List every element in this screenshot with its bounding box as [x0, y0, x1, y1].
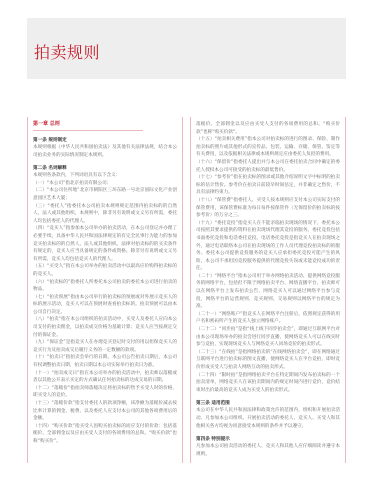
- article-paragraph: （二十四）“限时拍”是指网络拍卖平台在特定期间内发布拍卖标的一个拍卖清单，网络竞…: [196, 372, 340, 395]
- article-paragraph: （一）“本公司”指北京拍卖有限公司；: [33, 180, 177, 188]
- article-paragraph: （十九）“委托竞投”指竞买人在不能亲临拍卖现场的情况下，委托本公司按照其要求提供…: [196, 220, 340, 273]
- article-paragraph: 本公司在中华人民共和国法律和政策允许的范围内，组织和开展拍卖活动。凡参加本公司组…: [196, 407, 340, 430]
- rules-column-left: 第一章 总则 第一条 规则制定本规则根据《中华人民共和国拍卖法》及其他有关法律法…: [27, 117, 183, 463]
- article-paragraph: （二十三）“在线拍”是指网络拍卖的“在线网络拍卖会”，即在网络通过互联网平台进行…: [196, 349, 340, 372]
- article-paragraph: （二十）“网络平台”指本公司用于举办网络拍卖活动、提供网络竞投服务的网络平台，包…: [196, 273, 340, 311]
- chapter-heading: 第一章 总则: [33, 121, 143, 131]
- article-paragraph: （二十一）“网络账户”指竞买人在网络平台注册后，依照规定获得的用户名和密码所产生…: [196, 311, 340, 326]
- article-paragraph: （二）“本公司住所地”北京市朝阳区三环东路一号北京国际文化产业创意园区艺术大厦；: [33, 187, 177, 202]
- article-paragraph: （十六）“保留价”指委托人提出并与本公司在委托拍卖合同中确定的委托人授权本公司可…: [196, 159, 340, 174]
- article-paragraph: （四）“竞买人”指参加本公司举办的拍卖活动，在本公司登记并办理了必要手续，具备中…: [33, 225, 177, 263]
- article-paragraph: （三）“委托人”指委托本公司拍卖本规则规定范围内拍卖标的的自然人、法人或其他组织…: [33, 203, 177, 226]
- article-paragraph: （二十二）“同步拍”是指“线上线下同步拍卖会”，即通过互联网平台对由本公司现场举…: [196, 326, 340, 349]
- article-paragraph: （十八）“保管费”指委托人、买受人按本规则应支付本公司实际支付的保管费用，该保管…: [196, 197, 340, 220]
- article-paragraph: （六）“拍卖标的”指委托人所委托本公司拍卖的委托本公司进行拍卖的物品。: [33, 279, 177, 294]
- page-banner: 拍卖规则: [27, 18, 346, 79]
- article-paragraph: （七）“拍卖预展”指由本公司举行的拍卖标的预展或对外展示竞买人的标的展示活动，竞…: [33, 294, 177, 317]
- article-paragraph: 本规则根据《中华人民共和国拍卖法》及其他有关法律法规，结合本公司拍卖业务的实际情…: [33, 144, 177, 159]
- article-title: 第二条 名词解释: [33, 165, 177, 172]
- article-paragraph: 凡参加本公司拍卖活动的委托人、竞买人和其他人应仔细阅读并遵守本规则。: [196, 443, 340, 458]
- article-paragraph: （十四）“购买价款”指买受人因购买拍卖标的而应支付的价款：包括落槌价、全部佣金以…: [33, 423, 177, 446]
- article-paragraph: （五）“买受人”指在本公司举办的拍卖活动中以最高应价购得拍卖标的的竞买人。: [33, 263, 177, 278]
- article-paragraph: （十）“拍卖日”指拍卖会举行的日期。本公司公告拍卖日期后，本公司有权调整拍卖日期…: [33, 354, 177, 369]
- left-column-content: 第一条 规则制定本规则根据《中华人民共和国拍卖法》及其他有关法律法规，结合本公司…: [33, 137, 177, 446]
- article-paragraph: （十一）“拍卖成交日”指在本公司举办的拍卖活动中，拍卖师以落槌或者以其他公开表示…: [33, 370, 177, 385]
- article-paragraph: 本规则各条款内，下列词语具有以下含义：: [33, 172, 177, 180]
- rules-column-right: 落槌价、全部佣金以及应由买受人支付的各项费用的总和。“购买价款”也称“购买价款”…: [190, 117, 346, 463]
- article-paragraph: 落槌价、全部佣金以及应由买受人支付的各项费用的总和。“购买价款”也称“购买价款”…: [196, 121, 340, 136]
- article-paragraph: （十五）“拍卖相关费用”指本公司对拍卖标的进行的图录、保险、制作拍卖标的照片或其…: [196, 136, 340, 159]
- right-column-content: 落槌价、全部佣金以及应由买受人支付的各项费用的总和。“购买价款”也称“购买价款”…: [196, 121, 340, 458]
- article-paragraph: （十二）“落槌价”指拍卖师落槌决定将拍卖标的售予买受人时的价格，即买受人的竞价。: [33, 385, 177, 400]
- article-title: 第一条 规则制定: [33, 137, 177, 144]
- article-paragraph: （八）“拍卖”指在本公司组织的拍卖活动中，买受人及委托人应向本公司支付的拍卖佣金…: [33, 316, 177, 339]
- article-title: 第三条 适用范围: [196, 400, 340, 407]
- article-title: 第四条 特别提示: [196, 436, 340, 443]
- article-paragraph: （九）“保证金”是指竞买人在办理竞买登记时交付的用以担保竞买人的竞买行为及拍卖成…: [33, 339, 177, 354]
- article-paragraph: （十三）“落槌价款”指支付委托人的款项净额，该净额为落槌价减去按比率计算的佣金、…: [33, 400, 177, 423]
- article-paragraph: （十七）“参考价”指在拍卖标的图录或其他介绍说明文字中标明的拍卖标的估计售价。参…: [196, 174, 340, 197]
- page-title: 拍卖规则: [34, 40, 100, 63]
